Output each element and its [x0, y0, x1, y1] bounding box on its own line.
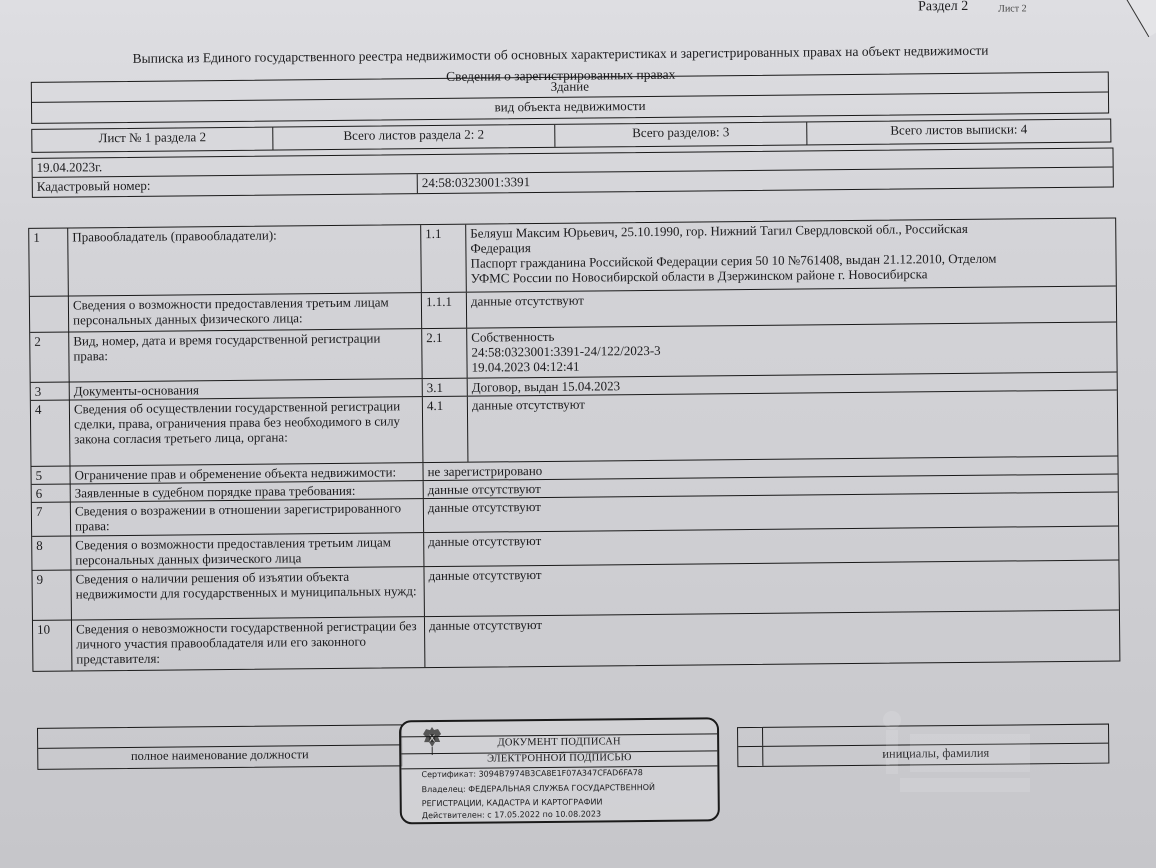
row-value: данные отсутствуют	[467, 390, 1118, 461]
total-section-sheets: Всего листов раздела 2: 2	[272, 125, 554, 150]
row-value: данные отсутствуют	[466, 286, 1116, 327]
certificate-owner-line-1: Владелец: ФЕДЕРАЛЬНАЯ СЛУЖБА ГОСУДАРСТВЕ…	[422, 783, 655, 794]
sheet-label: Лист 2	[998, 3, 1027, 14]
total-extract-sheets: Всего листов выписки: 4	[806, 120, 1110, 145]
certificate-owner-line-2: РЕГИСТРАЦИИ, КАДАСТРА И КАРТОГРАФИИ	[422, 797, 603, 808]
total-sections: Всего разделов: 3	[554, 122, 806, 146]
document-title: Выписка из Единого государственного реес…	[110, 42, 1010, 67]
extract-sheet: 19.04. Раздел 2 Лист 2 Выписка из Единог…	[18, 0, 1136, 868]
table-row: 4 Сведения об осуществлении государствен…	[31, 390, 1118, 466]
row-value: данные отсутствуют	[424, 610, 1119, 667]
row-number	[30, 297, 68, 332]
certificate-number: Сертификат: 3094B7974B3CA8E1F07A347CFAD6…	[421, 768, 642, 779]
signature-line-1: ДОКУМЕНТ ПОДПИСАН	[401, 735, 717, 749]
row-label: Сведения о невозможности государственной…	[71, 617, 424, 670]
position-block: полное наименование должности	[37, 724, 402, 770]
row-number: 4	[31, 401, 70, 466]
row-label: Вид, номер, дата и время государственной…	[68, 329, 421, 381]
row-number: 6	[32, 485, 70, 502]
object-type-block: Здание вид объекта недвижимости	[31, 72, 1109, 124]
row-number: 9	[32, 571, 70, 620]
row-value: Беляуш Максим Юрьевич, 25.10.1990, гор. …	[465, 218, 1116, 291]
row-subnumber: 1.1.1	[421, 293, 466, 328]
row-label: Ограничение прав и обременение объекта н…	[69, 463, 422, 483]
signature-line-2: ЭЛЕКТРОННОЙ ПОДПИСЬЮ	[401, 751, 717, 765]
row-label: Сведения о возражении в отношении зареги…	[70, 499, 423, 535]
row-value: данные отсутствуют	[423, 560, 1118, 616]
name-caption: инициалы, фамилия	[762, 744, 1108, 766]
cadastral-block: 19.04.2023г. Кадастровый номер: 24:58:03…	[32, 147, 1114, 197]
sheet-info-block: Лист № 1 раздела 2 Всего листов раздела …	[31, 119, 1111, 153]
sheet-number: Лист № 1 раздела 2	[32, 128, 272, 152]
row-label: Сведения о возможности предоставления тр…	[70, 533, 423, 569]
position-caption: полное наименование должности	[38, 745, 401, 768]
row-number: 3	[31, 383, 69, 400]
row-subnumber: 3.1	[422, 379, 467, 396]
row-label: Документы-основания	[69, 379, 422, 399]
section-label: Раздел 2	[918, 0, 968, 15]
table-row: 1 Правообладатель (правообладатели): 1.1…	[29, 218, 1116, 296]
row-subnumber: 1.1	[420, 225, 466, 292]
row-value: данные отсутствуют	[423, 526, 1118, 566]
row-value: данные отсутствуют	[423, 492, 1118, 532]
row-number: 8	[32, 537, 70, 570]
name-block: инициалы, фамилия	[737, 724, 1109, 768]
electronic-signature-stamp: ДОКУМЕНТ ПОДПИСАН ЭЛЕКТРОННОЙ ПОДПИСЬЮ С…	[399, 717, 720, 824]
cadastral-label: Кадастровый номер:	[33, 174, 417, 197]
row-label: Сведения о возможности предоставления тр…	[68, 293, 421, 331]
row-number: 2	[30, 333, 68, 382]
row-number: 10	[33, 621, 71, 671]
row-subnumber: 2.1	[421, 329, 466, 378]
certificate-validity: Действителен: с 17.05.2022 по 10.08.2023	[422, 809, 601, 820]
row-value: Собственность 24:58:0323001:3391-24/122/…	[466, 322, 1116, 377]
rights-table: 1 Правообладатель (правообладатели): 1.1…	[28, 217, 1120, 671]
row-number: 1	[29, 229, 68, 296]
row-label: Заявленные в судебном порядке права треб…	[70, 481, 423, 501]
row-label: Сведения об осуществлении государственно…	[69, 397, 423, 465]
row-label: Правообладатель (правообладатели):	[67, 225, 421, 295]
row-number: 5	[31, 467, 69, 484]
row-label: Сведения о наличии решения об изъятии об…	[70, 567, 423, 619]
table-row: 10 Сведения о невозможности государствен…	[33, 610, 1119, 670]
row-subnumber: 4.1	[422, 397, 468, 462]
row-number: 7	[32, 503, 70, 536]
